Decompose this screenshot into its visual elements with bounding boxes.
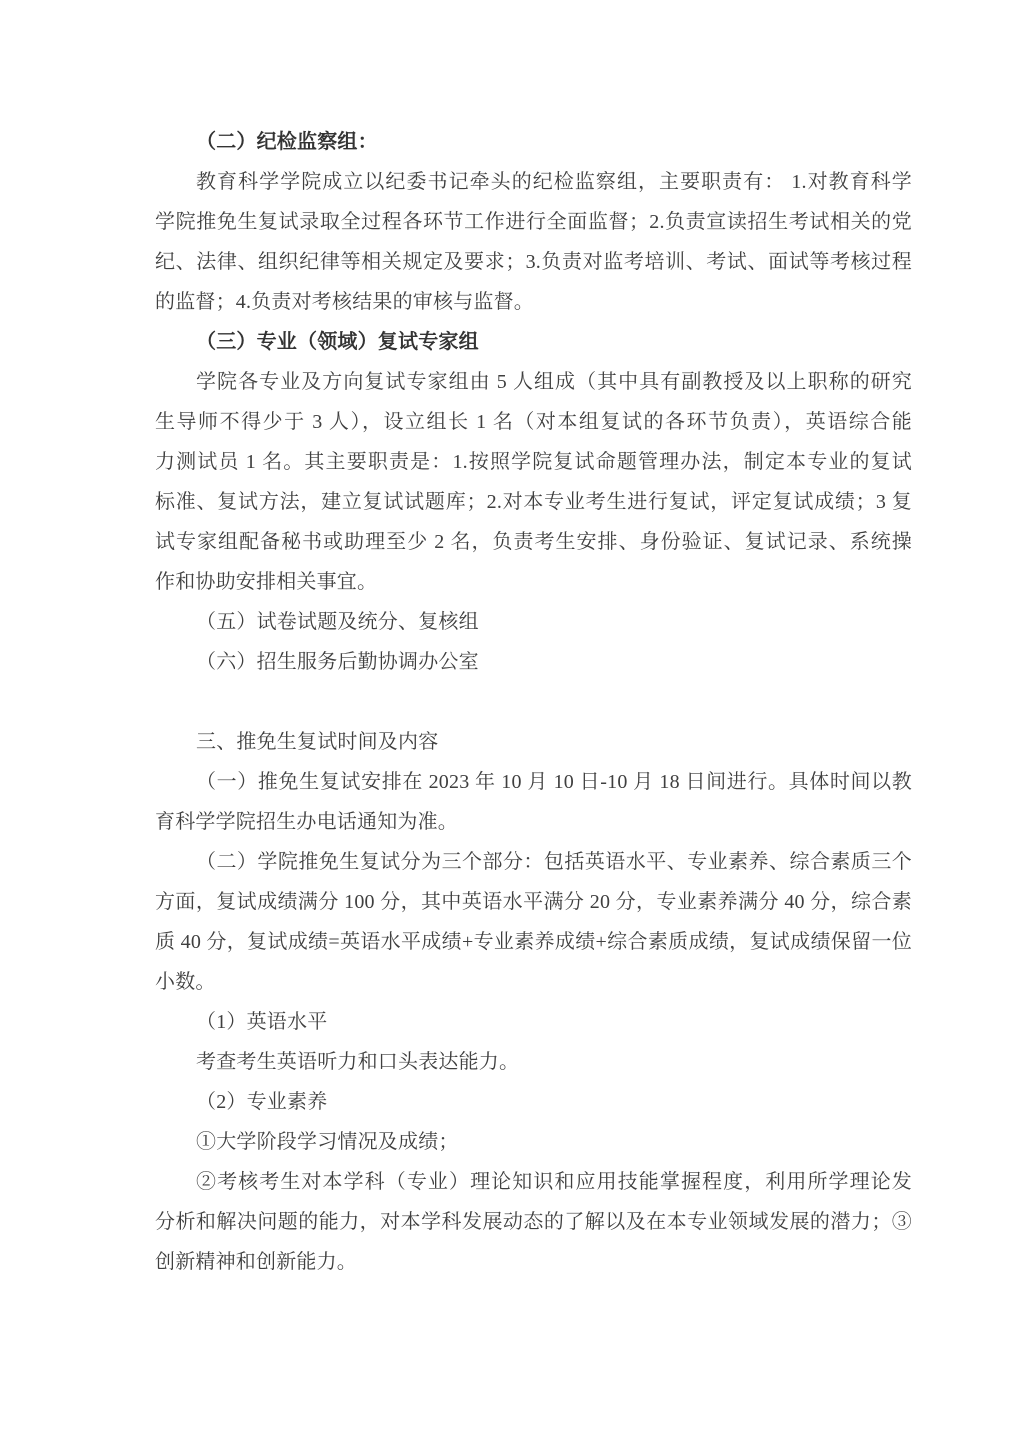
- para-assessment-line: 创新精神和创新能力。: [155, 1242, 912, 1282]
- para-reexam-parts-line: （二）学院推免生复试分为三个部分：包括英语水平、专业素养、综合素质三个: [155, 842, 912, 882]
- para-discipline-inspection-line: 的监督；4.负责对考核结果的审核与监督。: [155, 282, 912, 322]
- item-exam-paper-scoring-group: （五）试卷试题及统分、复核组: [155, 602, 912, 642]
- para-discipline-inspection-line: 教育科学学院成立以纪委书记牵头的纪检监察组，主要职责有： 1.对教育科学: [155, 162, 912, 202]
- para-assessment-line: 分析和解决问题的能力，对本学科发展动态的了解以及在本专业领域发展的潜力；③: [155, 1202, 912, 1242]
- para-expert-group-line: 学院各专业及方向复试专家组由 5 人组成（其中具有副教授及以上职称的研究: [155, 362, 912, 402]
- item-admission-service-office: （六）招生服务后勤协调办公室: [155, 642, 912, 682]
- blank-line: [155, 682, 912, 722]
- para-expert-group-line: 标准、复试方法，建立复试试题库；2.对本专业考生进行复试，评定复试成绩；3 复: [155, 482, 912, 522]
- para-expert-group-line: 力测试员 1 名。其主要职责是：1.按照学院复试命题管理办法，制定本专业的复试: [155, 442, 912, 482]
- document-body: （二）纪检监察组： 教育科学学院成立以纪委书记牵头的纪检监察组，主要职责有： 1…: [155, 122, 912, 1282]
- para-reexam-schedule-line: 育科学学院招生办电话通知为准。: [155, 802, 912, 842]
- heading-discipline-inspection-group: （二）纪检监察组：: [155, 122, 912, 162]
- para-expert-group-line: 试专家组配备秘书或助理至少 2 名，负责考生安排、身份验证、复试记录、系统操: [155, 522, 912, 562]
- para-discipline-inspection-line: 学院推免生复试录取全过程各环节工作进行全面监督；2.负责宣读招生考试相关的党: [155, 202, 912, 242]
- document-page: （二）纪检监察组： 教育科学学院成立以纪委书记牵头的纪检监察组，主要职责有： 1…: [0, 0, 1024, 1448]
- heading-reexam-time-and-content: 三、推免生复试时间及内容: [155, 722, 912, 762]
- para-discipline-inspection-line: 纪、法律、组织纪律等相关规定及要求；3.负责对监考培训、考试、面试等考核过程: [155, 242, 912, 282]
- item-english-level: （1）英语水平: [155, 1002, 912, 1042]
- para-reexam-parts-line: 小数。: [155, 962, 912, 1002]
- heading-professional-expert-group: （三）专业（领域）复试专家组: [155, 322, 912, 362]
- para-expert-group-line: 生导师不得少于 3 人），设立组长 1 名（对本组复试的各环节负责），英语综合能: [155, 402, 912, 442]
- item-study-record: ①大学阶段学习情况及成绩；: [155, 1122, 912, 1162]
- para-expert-group-line: 作和协助安排相关事宜。: [155, 562, 912, 602]
- para-reexam-parts-line: 方面，复试成绩满分 100 分，其中英语水平满分 20 分，专业素养满分 40 …: [155, 882, 912, 922]
- para-reexam-schedule-line: （一）推免生复试安排在 2023 年 10 月 10 日-10 月 18 日间进…: [155, 762, 912, 802]
- para-reexam-parts-line: 质 40 分，复试成绩=英语水平成绩+专业素养成绩+综合素质成绩，复试成绩保留一…: [155, 922, 912, 962]
- para-assessment-line: ②考核考生对本学科（专业）理论知识和应用技能掌握程度，利用所学理论发现、: [155, 1162, 912, 1202]
- item-professional-quality: （2）专业素养: [155, 1082, 912, 1122]
- para-english-level-desc: 考查考生英语听力和口头表达能力。: [155, 1042, 912, 1082]
